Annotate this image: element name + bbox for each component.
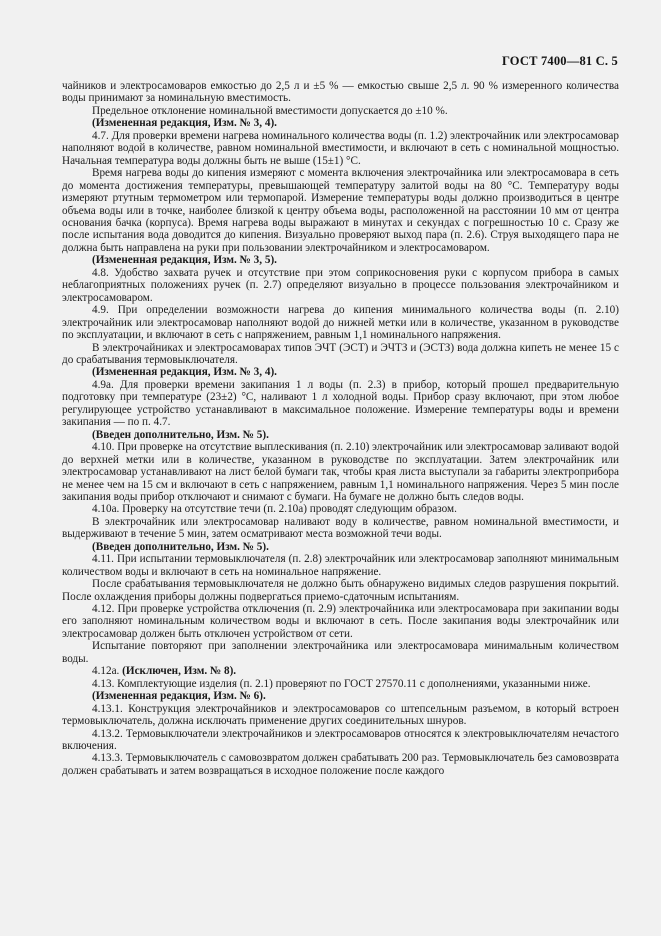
amendment-note: (Измененная редакция, Изм. № 3, 5). [62, 254, 619, 266]
document-page: ГОСТ 7400—81 С. 5 чайников и электросамо… [0, 0, 661, 936]
text-run: 4.12а. [92, 665, 122, 677]
clause-4-10: 4.10. При проверке на отсутствие выплеск… [62, 441, 619, 503]
clause-4-8: 4.8. Удобство захвата ручек и отсутствие… [62, 267, 619, 304]
clause-4-10a: 4.10а. Проверку на отсутствие течи (п. 2… [62, 503, 619, 515]
para-leak-test: В электрочайник или электросамовар налив… [62, 516, 619, 541]
para-heating-time: Время нагрева воды до кипения измеряют с… [62, 167, 619, 254]
para-after-trip: После срабатывания термовыключателя не д… [62, 578, 619, 603]
text-run: В электрочайник или электросамовар налив… [62, 516, 619, 540]
clause-4-7: 4.7. Для проверки времени нагрева номина… [62, 130, 619, 167]
bold-text-run: (Введен дополнительно, Изм. № 5). [92, 541, 269, 553]
text-run: чайников и электросамоваров емкостью до … [62, 80, 619, 104]
text-run: После срабатывания термовыключателя не д… [62, 578, 619, 602]
para-repeat-test: Испытание повторяют при заполнении элект… [62, 640, 619, 665]
amendment-note: (Введен дополнительно, Изм. № 5). [62, 429, 619, 441]
clause-4-13: 4.13. Комплектующие изделия (п. 2.1) про… [62, 678, 619, 690]
text-run: 4.9. При определении возможности нагрева… [62, 304, 619, 341]
amendment-note: (Измененная редакция, Изм. № 3, 4). [62, 117, 619, 129]
page-header: ГОСТ 7400—81 С. 5 [62, 54, 618, 69]
bold-text-run: (Измененная редакция, Изм. № 3, 4). [92, 366, 277, 378]
text-run: 4.13. Комплектующие изделия (п. 2.1) про… [92, 678, 591, 690]
text-run: 4.12. При проверке устройства отключения… [62, 603, 619, 640]
text-run: 4.11. При испытании термовыключателя (п.… [62, 553, 619, 577]
text-run: 4.10. При проверке на отсутствие выплеск… [62, 441, 619, 503]
amendment-note: (Измененная редакция, Изм. № 3, 4). [62, 366, 619, 378]
text-run: В электрочайниках и электросамоварах тип… [62, 342, 619, 366]
text-run: 4.13.3. Термовыключатель с самовозвратом… [62, 752, 619, 776]
clause-4-13-1: 4.13.1. Конструкция электрочайников и эл… [62, 703, 619, 728]
text-run: Предельное отклонение номинальной вмести… [92, 105, 448, 117]
text-run: 4.7. Для проверки времени нагрева номина… [62, 130, 619, 167]
clause-4-12: 4.12. При проверке устройства отключения… [62, 603, 619, 640]
bold-text-run: (Измененная редакция, Изм. № 6). [92, 690, 266, 702]
bold-text-run: (Измененная редакция, Изм. № 3, 5). [92, 254, 277, 266]
clause-4-9a: 4.9а. Для проверки времени закипания 1 л… [62, 379, 619, 429]
text-run: Время нагрева воды до кипения измеряют с… [62, 167, 619, 254]
text-run: 4.13.1. Конструкция электрочайников и эл… [62, 703, 619, 727]
text-run: 4.9а. Для проверки времени закипания 1 л… [62, 379, 619, 428]
bold-text-run: (Введен дополнительно, Изм. № 5). [92, 429, 269, 441]
para-deviation-limit: Предельное отклонение номинальной вмести… [62, 105, 619, 117]
text-run: Испытание повторяют при заполнении элект… [62, 640, 619, 664]
bold-text-run: (Исключен, Изм. № 8). [122, 665, 236, 677]
text-run: 4.10а. Проверку на отсутствие течи (п. 2… [92, 503, 457, 515]
amendment-note: (Введен дополнительно, Изм. № 5). [62, 541, 619, 553]
clause-4-13-2: 4.13.2. Термовыключатели электрочайников… [62, 728, 619, 753]
clause-4-9: 4.9. При определении возможности нагрева… [62, 304, 619, 341]
clause-4-12a: 4.12а. (Исключен, Изм. № 8). [62, 665, 619, 677]
text-run: 4.13.2. Термовыключатели электрочайников… [62, 728, 619, 752]
clause-4-11: 4.11. При испытании термовыключателя (п.… [62, 553, 619, 578]
clause-4-13-3: 4.13.3. Термовыключатель с самовозвратом… [62, 752, 619, 777]
amendment-note: (Измененная редакция, Изм. № 6). [62, 690, 619, 702]
document-body: чайников и электросамоваров емкостью до … [62, 80, 619, 777]
para-boil-types: В электрочайниках и электросамоварах тип… [62, 342, 619, 367]
bold-text-run: (Измененная редакция, Изм. № 3, 4). [92, 117, 277, 129]
text-run: 4.8. Удобство захвата ручек и отсутствие… [62, 267, 619, 304]
para-continuation-capacity: чайников и электросамоваров емкостью до … [62, 80, 619, 105]
